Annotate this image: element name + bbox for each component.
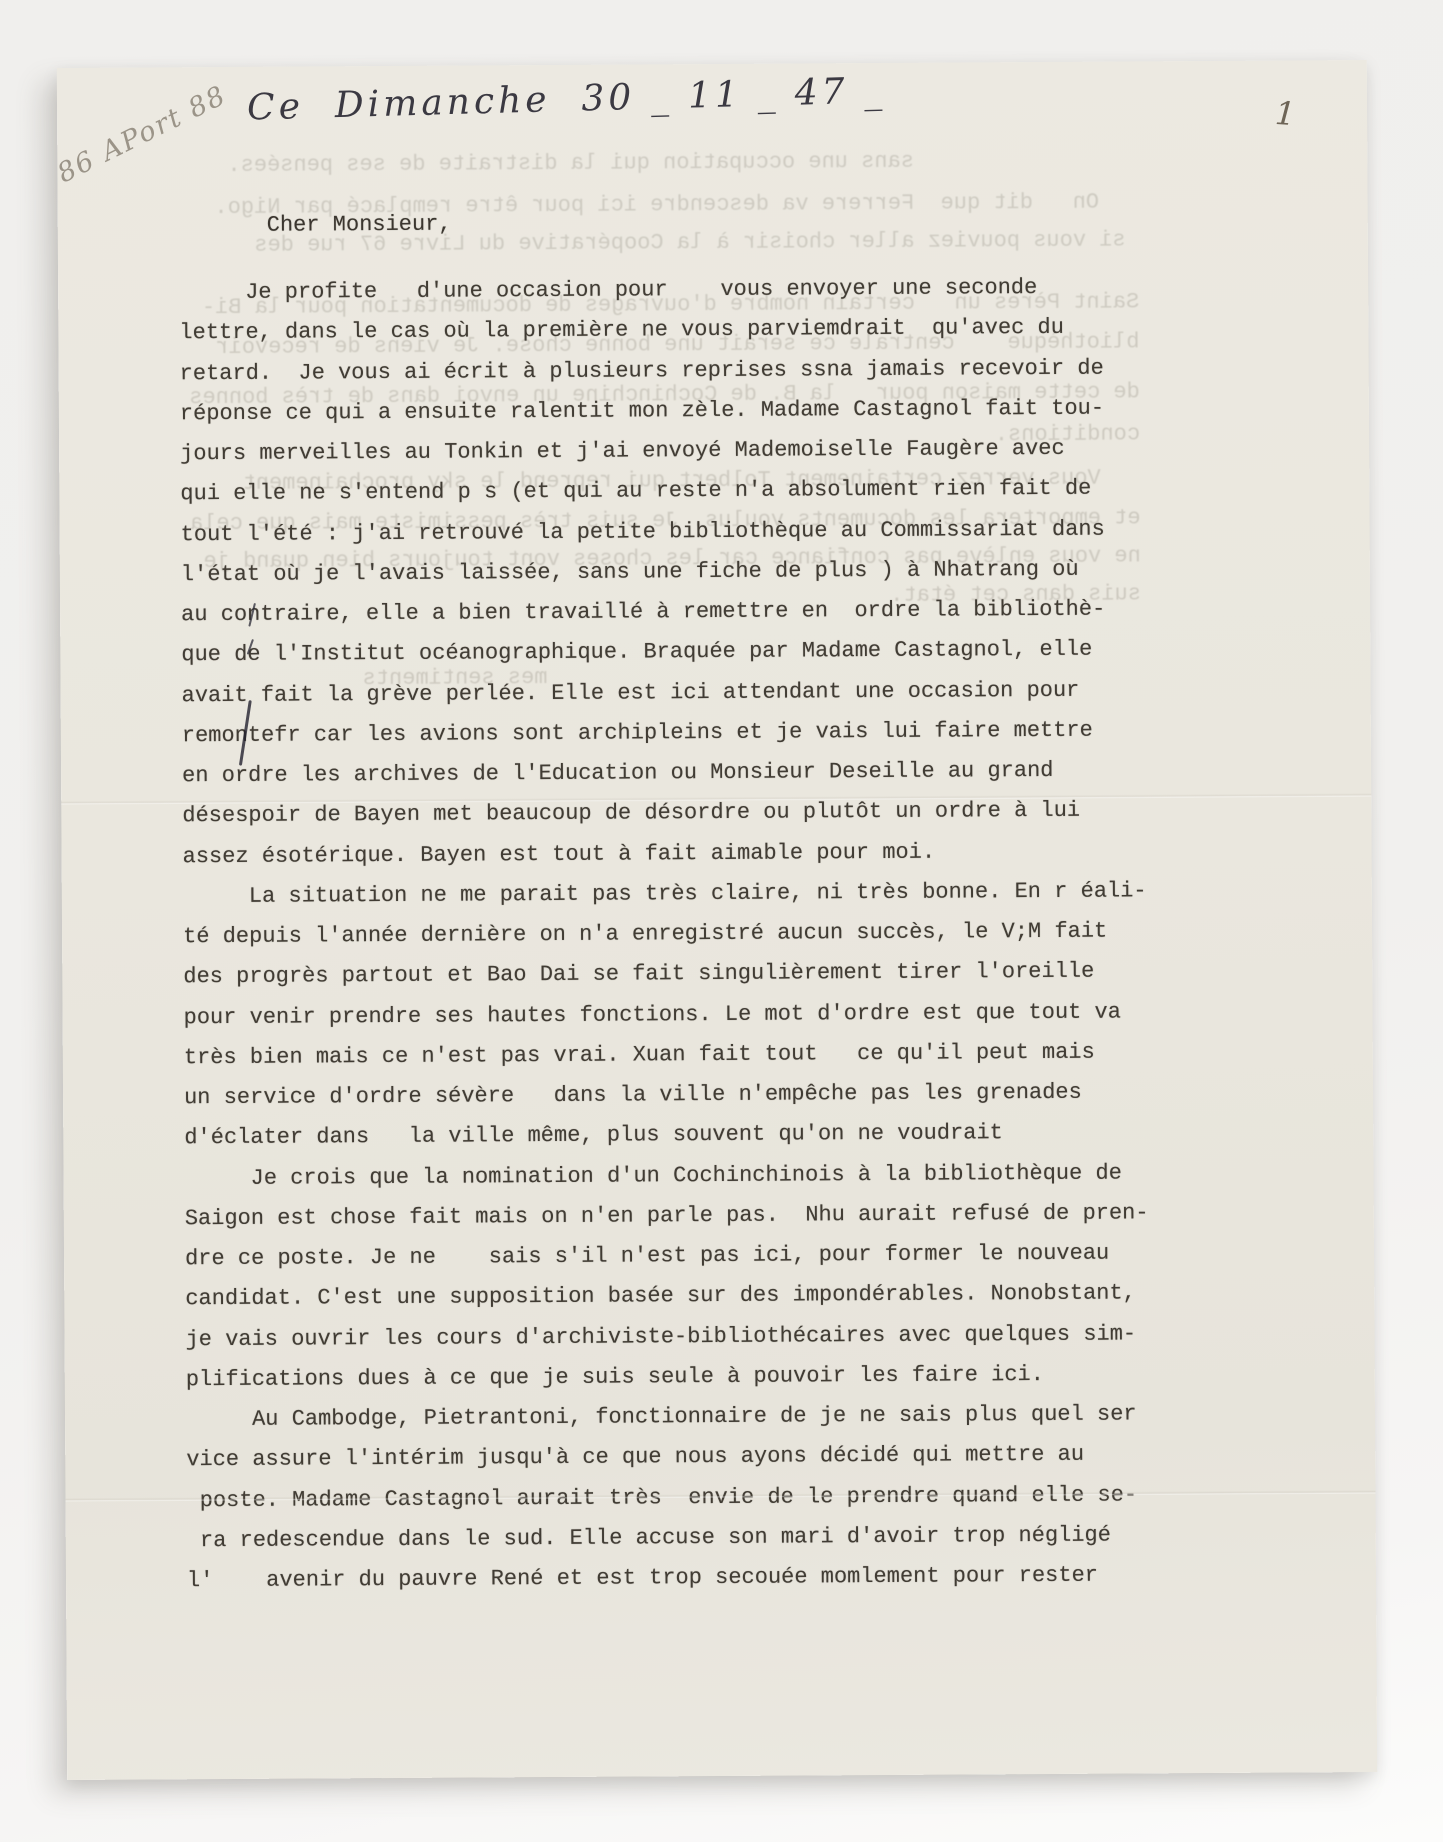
typed-line: La situation ne me parait pas très clair…	[183, 871, 1147, 917]
typed-line: réponse ce qui a ensuite ralentit mon zè…	[180, 388, 1144, 434]
typed-line: avait fait la grève perlée. Elle est ici…	[181, 670, 1145, 716]
typed-line: ra redescendue dans le sud. Elle accuse …	[187, 1515, 1151, 1561]
page-number: 1	[1274, 94, 1297, 133]
letter-sheet: sans une occupation qui la distraite de …	[57, 60, 1377, 1780]
typed-line: au contraire, elle a bien travaillé à re…	[181, 589, 1145, 635]
typed-line: assez ésotérique. Bayen est tout à fait …	[182, 831, 1146, 877]
typed-line: très bien mais ce n'est pas vrai. Xuan f…	[184, 1032, 1148, 1078]
typed-line: vice assure l'intérim jusqu'à ce que nou…	[186, 1435, 1150, 1481]
typed-line: un service d'ordre sévère dans la ville …	[184, 1072, 1148, 1118]
typed-line: je vais ouvrir les cours d'archiviste-bi…	[185, 1314, 1149, 1360]
typed-line: jours merveilles au Tonkin et j'ai envoy…	[180, 428, 1144, 474]
typed-line: l' avenir du pauvre René et est trop sec…	[187, 1555, 1151, 1601]
typed-line: té depuis l'année dernière on n'a enregi…	[183, 911, 1147, 957]
typed-line: des progrès partout et Bao Dai se fait s…	[183, 952, 1147, 998]
typed-line: retard. Je vous ai écrit à plusieurs rep…	[180, 348, 1144, 394]
letter-body: Je profite d'une occasion pour vous envo…	[179, 267, 1151, 1601]
typed-line: Saigon est chose fait mais on n'en parle…	[185, 1193, 1149, 1239]
salutation: Cher Monsieur,	[267, 212, 452, 238]
typed-line: en ordre les archives de l'Education ou …	[182, 750, 1146, 796]
typed-line: Je crois que la nomination d'un Cochinch…	[184, 1153, 1148, 1199]
typed-line: Au Cambodge, Pietrantoni, fonctionnaire …	[186, 1394, 1150, 1440]
typed-line: l'état où je l'avais laissée, sans une f…	[181, 549, 1145, 595]
typed-line: pour venir prendre ses hautes fonctions.…	[183, 992, 1147, 1038]
typed-line: remontefr car les avions sont archiplein…	[182, 710, 1146, 756]
typed-line: dre ce poste. Je ne sais s'il n'est pas …	[185, 1233, 1149, 1279]
typed-line: d'éclater dans la ville même, plus souve…	[184, 1113, 1148, 1159]
typed-line: tout l'été : j'ai retrouvé la petite bib…	[181, 509, 1145, 555]
typed-line: Je profite d'une occasion pour vous envo…	[179, 267, 1143, 313]
typed-line: que de l'Institut océanographique. Braqu…	[181, 630, 1145, 676]
typed-line: qui elle ne s'entend p s (et qui au rest…	[180, 469, 1144, 515]
ghost-line: sans une occupation qui la distraite de …	[178, 147, 1138, 179]
typed-line: plifications dues à ce que je suis seule…	[186, 1354, 1150, 1400]
typed-line: lettre, dans le cas où la première ne vo…	[179, 308, 1143, 354]
typed-line: candidat. C'est une supposition basée su…	[185, 1274, 1149, 1320]
